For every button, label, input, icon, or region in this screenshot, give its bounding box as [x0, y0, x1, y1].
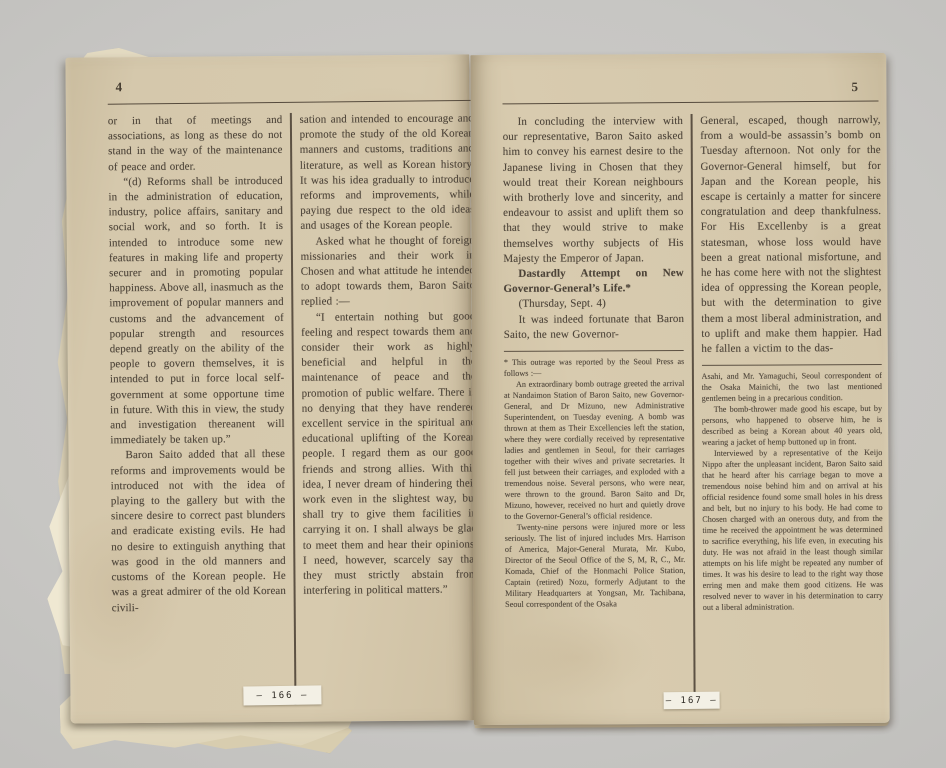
folio-label-166: – 166 –	[243, 685, 321, 705]
page-number: 5	[851, 79, 858, 95]
paragraph: Asked what he thought of foreign mission…	[300, 233, 475, 310]
page-4: 4 or in that of meetings and association…	[65, 54, 474, 723]
scanned-book-photo: 4 or in that of meetings and association…	[0, 0, 946, 768]
page-5: 5 In concluding the interview with our r…	[470, 53, 890, 725]
footnote-block-continued: Asahi, and Mr. Yamaguchi, Seoul correspo…	[701, 364, 883, 613]
page-5-text-block: In concluding the interview with our rep…	[503, 113, 884, 705]
paragraph: Baron Saito added that all these reforms…	[110, 447, 286, 616]
footnote-paragraph: * This outrage was reported by the Seoul…	[504, 356, 685, 379]
footnote-paragraph: An extraordinary bomb outrage greeted th…	[504, 378, 685, 522]
paragraph: “(d) Reforms shall be introduced in the …	[108, 174, 285, 449]
footnote-paragraph: Interviewed by a representative of the K…	[702, 447, 883, 613]
page-4-text-block: or in that of meetings and associations,…	[108, 111, 479, 706]
paragraph: sation and intended to encourage and pro…	[299, 111, 474, 234]
open-book: 4 or in that of meetings and association…	[52, 42, 892, 754]
paragraph: It was indeed fortunate that Baron Saito…	[504, 312, 685, 343]
header-rule	[108, 100, 474, 105]
paragraph: “I entertain nothing but good feeling an…	[301, 309, 478, 599]
page-5-column-1: In concluding the interview with our rep…	[503, 114, 686, 705]
paragraph: General, escaped, though narrowly, from …	[700, 113, 882, 357]
page-4-column-2: sation and intended to encourage and pro…	[299, 111, 478, 704]
header-rule	[503, 100, 879, 104]
paragraph: or in that of meetings and associations,…	[108, 113, 283, 175]
footnote-paragraph: The bomb-thrower made good his escape, b…	[702, 403, 883, 448]
column-divider-rule	[290, 113, 296, 705]
page-4-column-1: or in that of meetings and associations,…	[108, 113, 287, 706]
footnote-paragraph: Twenty-nine persons were injured more or…	[505, 521, 686, 610]
footnote-paragraph: Asahi, and Mr. Yamaguchi, Seoul correspo…	[702, 370, 883, 404]
folio-label-167: – 167 –	[664, 692, 720, 710]
page-number: 4	[116, 79, 123, 95]
footnote-block: * This outrage was reported by the Seoul…	[504, 350, 686, 610]
article-heading: Dastardly Attempt on New Governor-Genera…	[503, 266, 684, 297]
column-divider-rule	[691, 114, 695, 704]
article-dateline: (Thursday, Sept. 4)	[504, 296, 684, 312]
page-5-column-2: General, escaped, though narrowly, from …	[700, 113, 883, 704]
paragraph: In concluding the interview with our rep…	[503, 114, 684, 267]
